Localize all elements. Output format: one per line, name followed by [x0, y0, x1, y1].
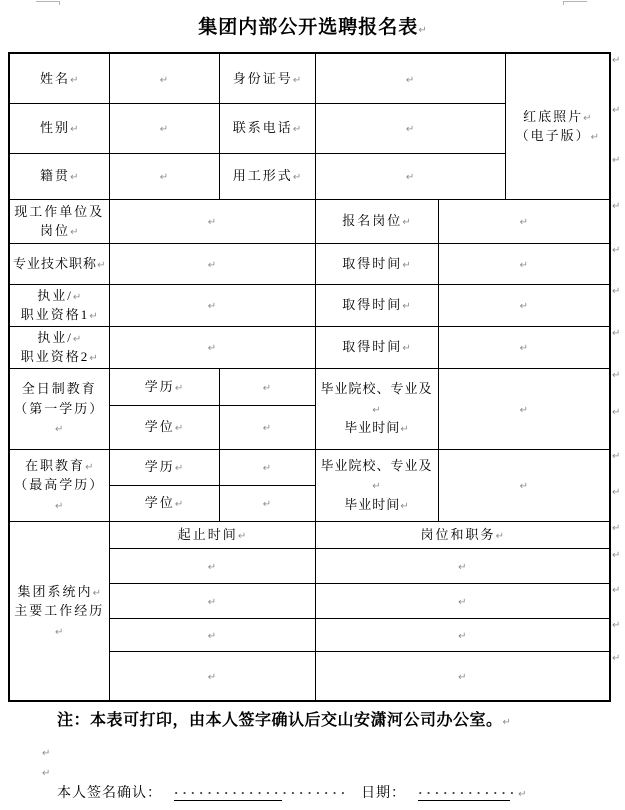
qualification2-label-cell: 执业/↵职业资格2↵ — [9, 326, 109, 368]
graduation-label-line2: 毕业时间 — [344, 497, 400, 512]
paragraph-mark: ↵ — [458, 631, 466, 642]
paragraph-mark: ↵ — [238, 531, 246, 542]
phone-label: 联系电话 — [233, 120, 293, 135]
signature-line: 本人签名确认：·····················日期：·········… — [57, 782, 527, 802]
paragraph-mark: ↵ — [520, 481, 528, 492]
gender-label: 性别 — [40, 120, 70, 135]
onjob-graduation-value-cell: ↵ — [438, 449, 610, 521]
paragraph-mark: ↵ — [97, 260, 105, 271]
fulltime-graduation-value-cell: ↵ — [438, 368, 610, 449]
applied-position-value-cell: ↵ — [438, 199, 610, 243]
paragraph-mark: ↵ — [418, 25, 426, 36]
edu-level-label: 学历 — [145, 379, 175, 394]
paragraph-mark: ↵ — [175, 463, 183, 474]
paragraph-mark: ↵ — [55, 501, 63, 512]
graduation-label-line1: 毕业院校、专业及 — [320, 458, 432, 473]
paragraph-mark: ↵ — [406, 75, 414, 86]
name-label-cell: 姓名↵ — [9, 53, 109, 103]
paragraph-mark: ↵ — [591, 132, 599, 143]
experience-row-duty-cell: ↵ — [315, 618, 610, 651]
paragraph-mark: ↵ — [89, 353, 97, 364]
name-value-cell: ↵ — [109, 53, 219, 103]
work-experience-line1: 集团系统内 — [18, 584, 93, 599]
obtained-time-label: 取得时间 — [342, 256, 402, 271]
fulltime-education-label-cell: 全日制教育（第一学历）↵ — [9, 368, 109, 449]
edu-degree-label: 学位 — [145, 419, 175, 434]
onjob-level-value-cell: ↵ — [219, 449, 315, 485]
obtained-time-label: 取得时间 — [342, 297, 402, 312]
onjob-level-label-cell: 学历↵ — [109, 449, 219, 485]
application-form-table: 姓名↵ ↵ 身份证号↵ ↵ 红底照片↵ （电子版）↵ 性别↵ ↵ 联系电话↵ ↵… — [8, 52, 611, 702]
paragraph-mark: ↵ — [402, 217, 410, 228]
paragraph-mark: ↵ — [208, 343, 216, 354]
qualification2-label: 职业资格2 — [21, 349, 90, 364]
print-note: 注：本表可打印，由本人签字确认后交山安潇河公司办公室。↵ — [57, 707, 511, 730]
paragraph-mark: ↵ — [406, 124, 414, 135]
fulltime-education-line1: 全日制教育 — [22, 381, 97, 396]
margin-crop-mark-left — [36, 1, 60, 5]
paragraph-mark: ↵ — [208, 631, 216, 642]
paragraph-mark: ↵ — [160, 75, 168, 86]
paragraph-mark: ↵ — [293, 172, 301, 183]
paragraph-mark: ↵ — [263, 423, 271, 434]
paragraph-mark: ↵ — [520, 301, 528, 312]
paragraph-mark: ↵ — [612, 585, 620, 596]
paragraph-mark: ↵ — [175, 423, 183, 434]
paragraph-mark: ↵ — [612, 105, 620, 116]
paragraph-mark: ↵ — [400, 424, 408, 435]
position-duty-header-label: 岗位和职务 — [421, 527, 496, 542]
paragraph-mark: ↵ — [372, 481, 380, 492]
qualification2-value-cell: ↵ — [109, 326, 315, 368]
graduation-label-line1: 毕业院校、专业及 — [320, 381, 432, 396]
date-dotted-line-tail: · — [510, 785, 518, 800]
paragraph-mark: ↵ — [55, 627, 63, 638]
experience-row-duty-cell: ↵ — [315, 583, 610, 618]
paragraph-mark: ↵ — [612, 407, 620, 418]
paragraph-mark: ↵ — [208, 260, 216, 271]
experience-row-period-cell: ↵ — [109, 651, 315, 701]
paragraph-mark: ↵ — [42, 748, 50, 759]
id-number-label: 身份证号 — [233, 71, 293, 86]
period-header-label: 起止时间 — [178, 527, 238, 542]
onjob-education-line2: （最高学历） — [14, 477, 104, 492]
paragraph-mark: ↵ — [496, 531, 504, 542]
experience-row-duty-cell: ↵ — [315, 548, 610, 583]
employment-type-label-cell: 用工形式↵ — [219, 153, 315, 199]
native-place-value-cell: ↵ — [109, 153, 219, 199]
fulltime-degree-value-cell: ↵ — [219, 405, 315, 449]
paragraph-mark: ↵ — [612, 55, 620, 66]
paragraph-mark: ↵ — [263, 499, 271, 510]
experience-row-period-cell: ↵ — [109, 583, 315, 618]
paragraph-mark: ↵ — [612, 487, 620, 498]
paragraph-mark: ↵ — [208, 597, 216, 608]
qualification1-label: 职业资格1 — [21, 307, 90, 322]
paragraph-mark: ↵ — [42, 768, 50, 779]
paragraph-mark: ↵ — [612, 286, 620, 297]
practice-prefix-label: 执业/ — [37, 330, 73, 345]
onjob-education-label-cell: 在职教育↵（最高学历）↵ — [9, 449, 109, 521]
qualification1-time-label-cell: 取得时间↵ — [315, 284, 438, 326]
paragraph-mark: ↵ — [73, 334, 81, 345]
paragraph-mark: ↵ — [85, 462, 93, 473]
paragraph-mark: ↵ — [402, 260, 410, 271]
experience-row-duty-cell: ↵ — [315, 651, 610, 701]
paragraph-mark: ↵ — [160, 172, 168, 183]
paragraph-mark: ↵ — [263, 463, 271, 474]
work-experience-label-cell: 集团系统内↵主要工作经历↵ — [9, 521, 109, 701]
onjob-degree-value-cell: ↵ — [219, 485, 315, 521]
paragraph-mark: ↵ — [520, 343, 528, 354]
paragraph-mark: ↵ — [160, 124, 168, 135]
native-place-label: 籍贯 — [40, 168, 70, 183]
paragraph-mark: ↵ — [55, 424, 63, 435]
period-header-cell: 起止时间↵ — [109, 521, 315, 548]
paragraph-mark: ↵ — [70, 75, 78, 86]
fulltime-level-value-cell: ↵ — [219, 368, 315, 405]
id-number-label-cell: 身份证号↵ — [219, 53, 315, 103]
applied-position-label-cell: 报名岗位↵ — [315, 199, 438, 243]
paragraph-mark: ↵ — [402, 343, 410, 354]
employment-type-value-cell: ↵ — [315, 153, 505, 199]
paragraph-mark: ↵ — [518, 789, 526, 800]
id-number-value-cell: ↵ — [315, 53, 505, 103]
edu-degree-label: 学位 — [145, 495, 175, 510]
paragraph-mark: ↵ — [406, 172, 414, 183]
paragraph-mark: ↵ — [208, 562, 216, 573]
practice-prefix-label: 执业/ — [37, 288, 73, 303]
native-place-label-cell: 籍贯↵ — [9, 153, 109, 199]
work-experience-line2: 主要工作经历 — [14, 603, 104, 618]
paragraph-mark: ↵ — [612, 620, 620, 631]
experience-row-period-cell: ↵ — [109, 548, 315, 583]
experience-row-period-cell: ↵ — [109, 618, 315, 651]
phone-label-cell: 联系电话↵ — [219, 103, 315, 153]
signature-label: 本人签名确认： — [57, 786, 162, 801]
edu-level-label: 学历 — [145, 459, 175, 474]
qualification2-time-value-cell: ↵ — [438, 326, 610, 368]
paragraph-mark: ↵ — [208, 217, 216, 228]
professional-title-label-cell: 专业技术职称↵ — [9, 243, 109, 284]
title-obtained-time-value-cell: ↵ — [438, 243, 610, 284]
paragraph-mark: ↵ — [612, 653, 620, 664]
graduation-label-line2: 毕业时间 — [344, 420, 400, 435]
qualification1-time-value-cell: ↵ — [438, 284, 610, 326]
qualification2-time-label-cell: 取得时间↵ — [315, 326, 438, 368]
signature-dotted-line: ············· — [174, 785, 282, 801]
paragraph-mark: ↵ — [70, 227, 78, 238]
position-duty-header-cell: 岗位和职务↵ — [315, 521, 610, 548]
paragraph-mark: ↵ — [583, 113, 591, 124]
photo-label-line2: （电子版） — [516, 128, 591, 143]
paragraph-mark: ↵ — [612, 370, 620, 381]
paragraph-mark: ↵ — [263, 383, 271, 394]
paragraph-mark: ↵ — [400, 501, 408, 512]
paragraph-mark: ↵ — [612, 550, 620, 561]
gender-value-cell: ↵ — [109, 103, 219, 153]
fulltime-graduation-label-cell: 毕业院校、专业及↵毕业时间↵ — [315, 368, 438, 449]
professional-title-label: 专业技术职称 — [13, 256, 97, 271]
paragraph-mark: ↵ — [73, 292, 81, 303]
title-obtained-time-label-cell: 取得时间↵ — [315, 243, 438, 284]
paragraph-mark: ↵ — [612, 201, 620, 212]
work-unit-label-line1: 现工作单位及 — [14, 204, 104, 219]
fulltime-level-label-cell: 学历↵ — [109, 368, 219, 405]
work-unit-label-line2: 岗位 — [40, 223, 70, 238]
phone-value-cell: ↵ — [315, 103, 505, 153]
paragraph-mark: ↵ — [372, 405, 380, 416]
employment-type-label: 用工形式 — [233, 168, 293, 183]
name-label: 姓名 — [40, 71, 70, 86]
print-note-text: 注：本表可打印，由本人签字确认后交山安潇河公司办公室。 — [57, 712, 503, 729]
paragraph-mark: ↵ — [208, 301, 216, 312]
work-unit-label-cell: 现工作单位及岗位↵ — [9, 199, 109, 243]
onjob-degree-label-cell: 学位↵ — [109, 485, 219, 521]
paragraph-mark: ↵ — [612, 451, 620, 462]
paragraph-mark: ↵ — [175, 383, 183, 394]
paragraph-mark: ↵ — [520, 217, 528, 228]
paragraph-mark: ↵ — [458, 597, 466, 608]
qualification1-value-cell: ↵ — [109, 284, 315, 326]
paragraph-mark: ↵ — [612, 155, 620, 166]
paragraph-mark: ↵ — [458, 562, 466, 573]
paragraph-mark: ↵ — [612, 328, 620, 339]
paragraph-mark: ↵ — [89, 311, 97, 322]
gender-label-cell: 性别↵ — [9, 103, 109, 153]
page-title: 集团内部公开选聘报名表↵ — [0, 12, 625, 39]
paragraph-mark: ↵ — [458, 672, 466, 683]
document-page: 集团内部公开选聘报名表↵ 姓名↵ ↵ 身份证号↵ ↵ 红底照片↵ （电子版）↵ … — [0, 0, 625, 810]
paragraph-mark: ↵ — [520, 260, 528, 271]
paragraph-mark: ↵ — [520, 405, 528, 416]
paragraph-mark: ↵ — [612, 245, 620, 256]
page-title-text: 集团内部公开选聘报名表 — [198, 17, 418, 38]
paragraph-mark: ↵ — [70, 172, 78, 183]
photo-cell: 红底照片↵ （电子版）↵ — [505, 53, 610, 199]
paragraph-mark: ↵ — [70, 124, 78, 135]
onjob-graduation-label-cell: 毕业院校、专业及↵毕业时间↵ — [315, 449, 438, 521]
paragraph-mark: ↵ — [293, 124, 301, 135]
signature-dotted-line-tail: ········ — [282, 785, 349, 800]
paragraph-mark: ↵ — [93, 588, 101, 599]
onjob-education-line1: 在职教育 — [25, 458, 85, 473]
paragraph-mark: ↵ — [175, 499, 183, 510]
paragraph-mark: ↵ — [402, 301, 410, 312]
applied-position-label: 报名岗位 — [342, 213, 402, 228]
photo-label-line1: 红底照片 — [523, 109, 583, 124]
paragraph-mark: ↵ — [503, 717, 511, 728]
professional-title-value-cell: ↵ — [109, 243, 315, 284]
margin-crop-mark-right — [563, 1, 587, 5]
qualification1-label-cell: 执业/↵职业资格1↵ — [9, 284, 109, 326]
obtained-time-label: 取得时间 — [342, 339, 402, 354]
paragraph-mark: ↵ — [208, 672, 216, 683]
date-label: 日期： — [361, 786, 406, 801]
date-dotted-line: ··········· — [418, 785, 510, 801]
work-unit-value-cell: ↵ — [109, 199, 315, 243]
paragraph-mark: ↵ — [293, 75, 301, 86]
fulltime-degree-label-cell: 学位↵ — [109, 405, 219, 449]
fulltime-education-line2: （第一学历） — [14, 401, 104, 416]
paragraph-mark: ↵ — [612, 523, 620, 534]
